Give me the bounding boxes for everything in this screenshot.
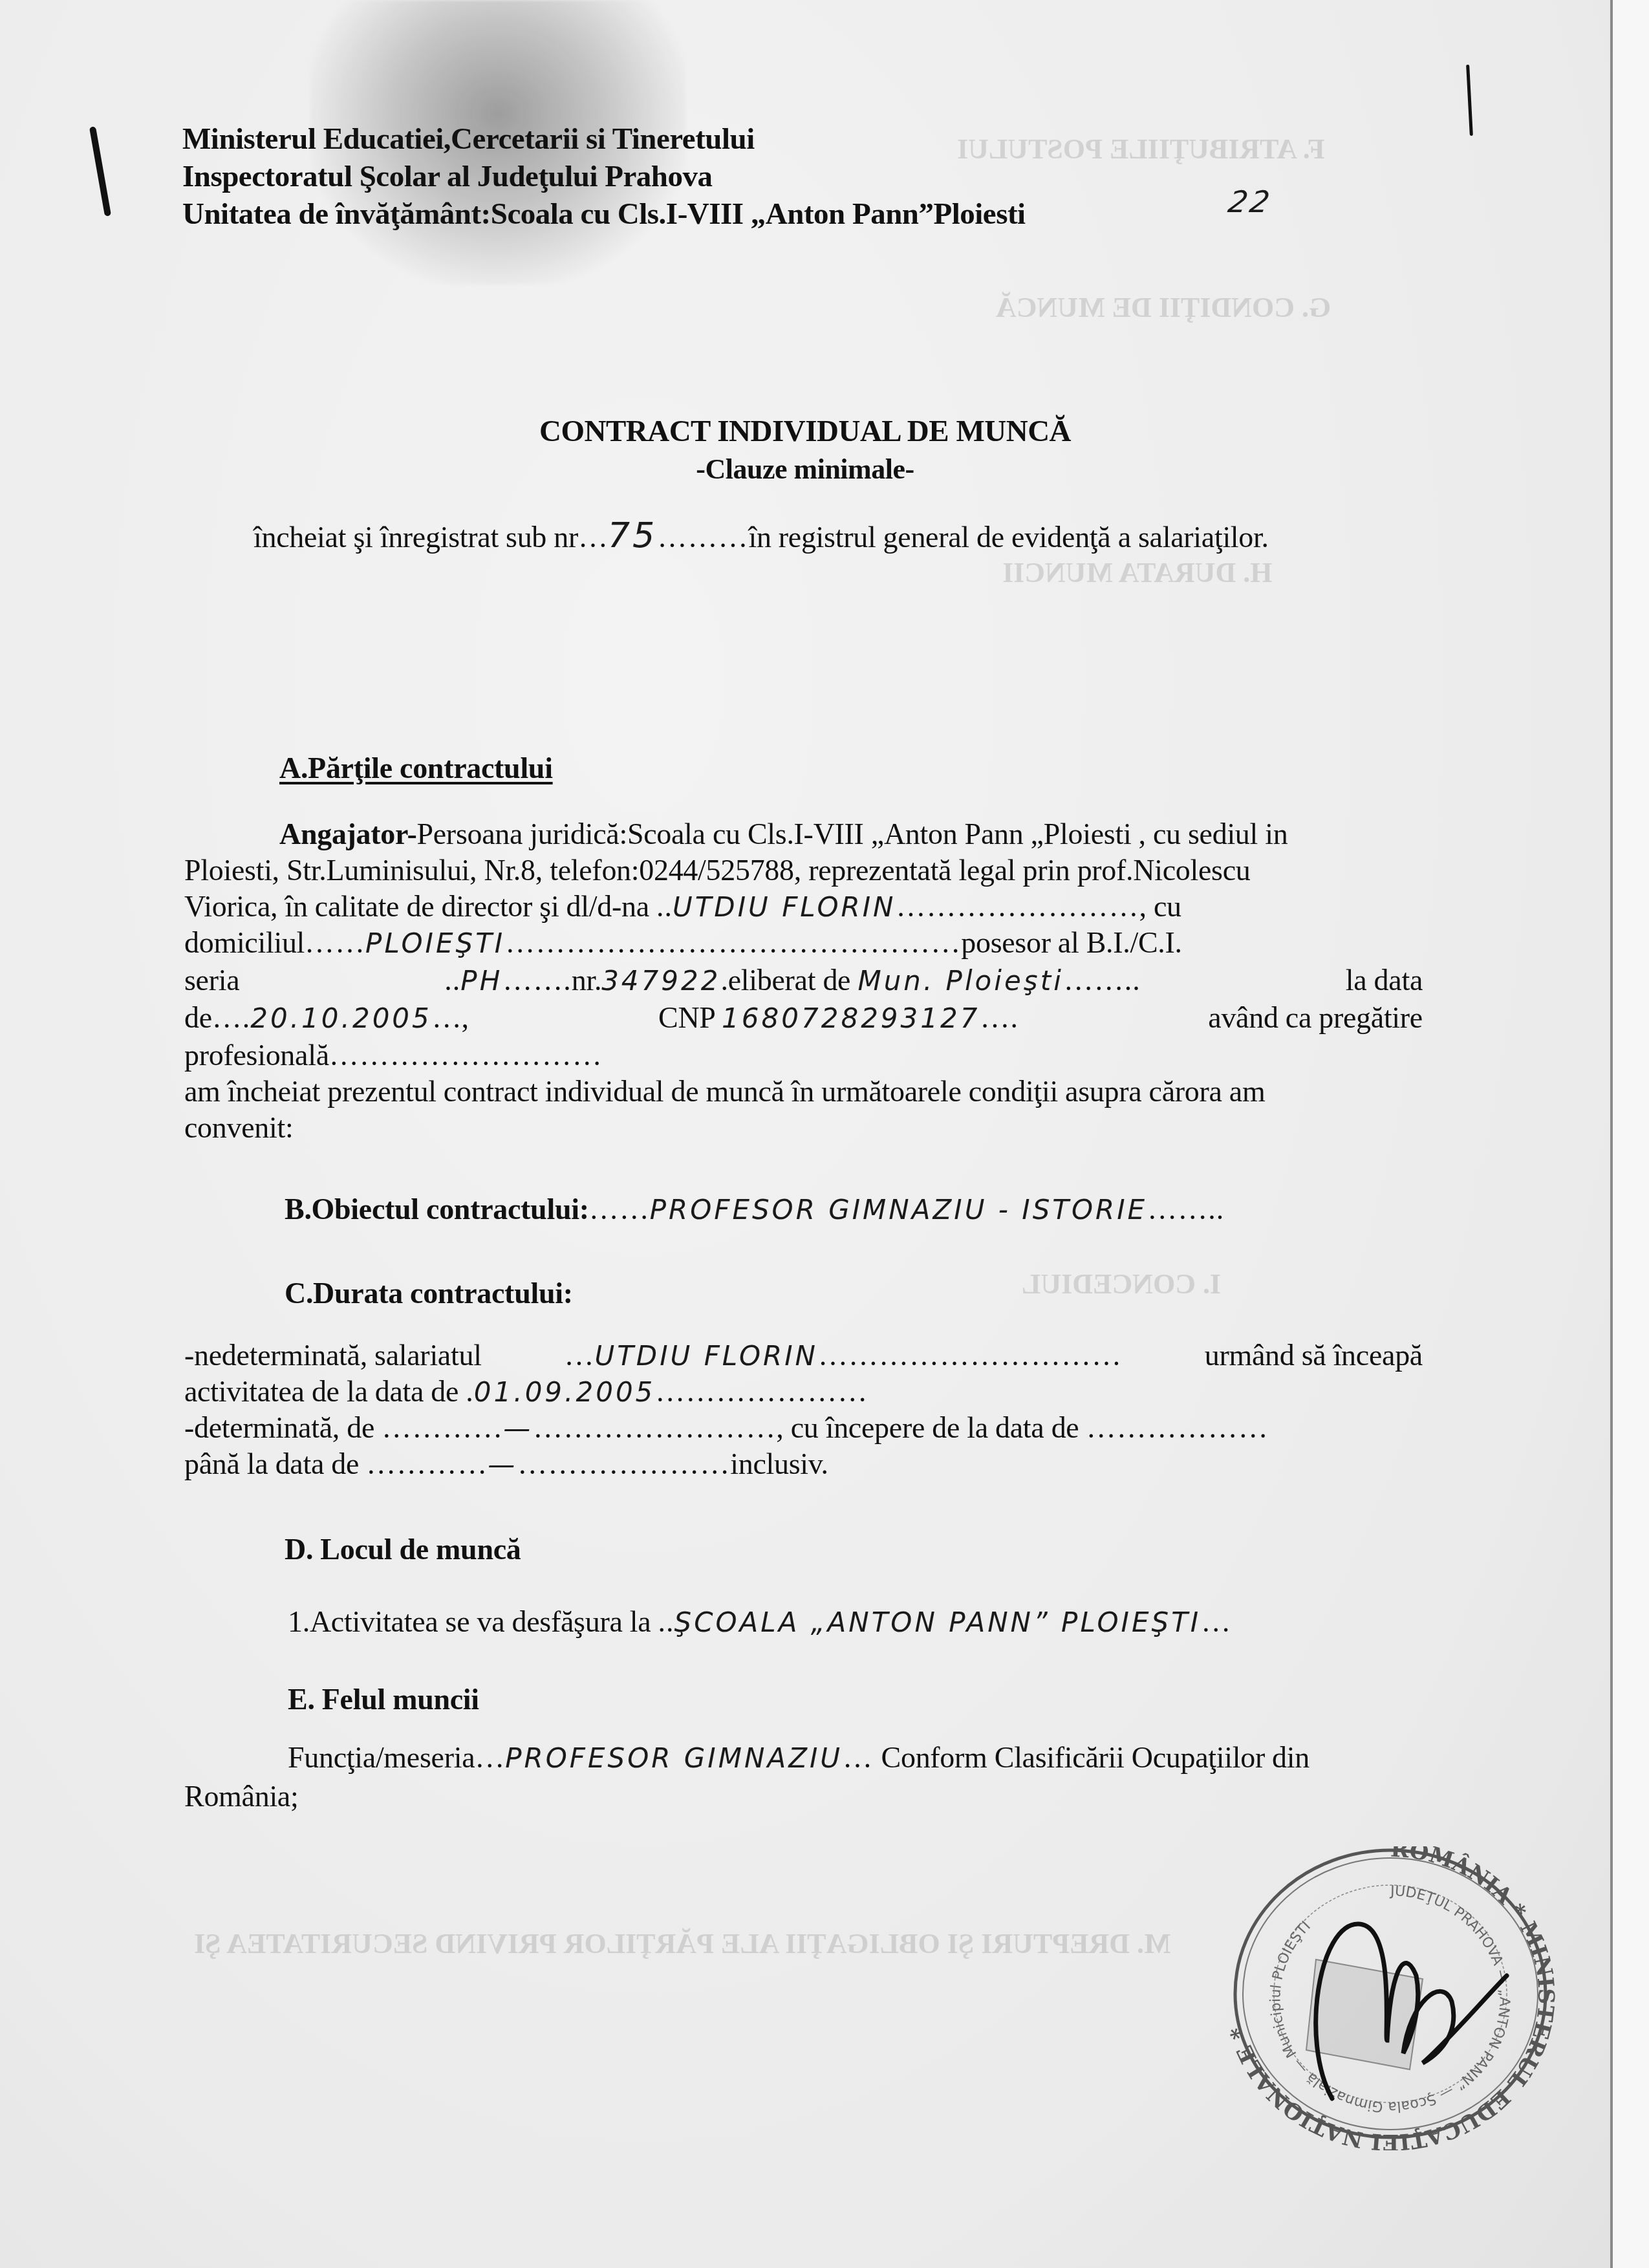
- employer-text: Persoana juridică:Scoala cu Cls.I-VIII „…: [416, 817, 1288, 850]
- representative-suffix: , cu: [1139, 890, 1181, 923]
- workplace-line: 1.Activitatea se va desfăşura la ..ŞCOAL…: [288, 1604, 1231, 1641]
- function-label: Funcţia/meseria: [288, 1741, 475, 1774]
- start-date-field[interactable]: 01.09.2005: [474, 1376, 655, 1408]
- employer-address: Ploiesti, Str.Luminisului, Nr.8, telefon…: [184, 852, 1251, 889]
- domicile-label: domiciliul: [184, 926, 305, 959]
- series-field[interactable]: PH: [460, 965, 502, 997]
- document-subtitle: -Clauze minimale-: [0, 453, 1610, 486]
- inclusive-label: inclusiv.: [730, 1447, 828, 1480]
- issue-date-line: de….20.10.2005…, CNP 1680728293127…. avâ…: [184, 1000, 1423, 1037]
- employer-label: Angajator-: [279, 817, 416, 850]
- indefinite-label: -nedeterminată, salariatul: [184, 1337, 482, 1374]
- bleed-through-heading: I. CONCEDIUL: [1022, 1268, 1221, 1301]
- issued-by-field[interactable]: Mun. Ploieşti: [857, 965, 1063, 997]
- id-holder-label: posesor al B.I./C.I.: [961, 926, 1182, 959]
- bleed-through-heading: F. ATRIBUŢIILE POSTULUI: [957, 133, 1325, 166]
- country-line: România;: [184, 1778, 298, 1815]
- id-number-field[interactable]: 347922: [601, 965, 720, 997]
- employer-line: Angajator-Persoana juridică:Scoala cu Cl…: [279, 816, 1288, 852]
- fixed-term-line: -determinată, de …………—……………………, cu încep…: [184, 1410, 1269, 1447]
- workplace-field[interactable]: ŞCOALA „ANTON PANN” PLOIEŞTI: [674, 1606, 1202, 1638]
- training-field[interactable]: ………………………: [329, 1039, 603, 1072]
- agreement-line-1: am încheiat prezentul contract individua…: [184, 1074, 1265, 1110]
- registration-suffix: în registrul general de evidenţă a salar…: [748, 521, 1268, 554]
- scan-edge: [1613, 0, 1649, 2268]
- employee-name-field-2[interactable]: UTDIU FLORIN: [594, 1340, 818, 1372]
- cnp-field[interactable]: 1680728293127: [722, 1002, 980, 1034]
- stamp-seal-icon: ROMÂNIA * MINISTERUL EDUCAŢIEI NAŢIONALE…: [1209, 1846, 1571, 2150]
- ministry-name: Ministerul Educatiei,Cercetarii si Tiner…: [182, 123, 755, 155]
- registration-line: încheiat şi înregistrat sub nr…75………în r…: [253, 517, 1269, 556]
- fixed-start-label: , cu începere de la data de: [776, 1411, 1079, 1444]
- section-e-heading: E. Felul muncii: [288, 1681, 479, 1718]
- contract-object-field[interactable]: PROFESOR GIMNAZIU - ISTORIE: [650, 1194, 1147, 1226]
- nr-label: nr.: [572, 964, 601, 997]
- employee-name-field[interactable]: UTDIU FLORIN: [673, 891, 896, 923]
- series-label: seria: [184, 962, 239, 999]
- classification-text: Conform Clasificării Ocupaţiilor din: [881, 1741, 1309, 1774]
- registration-prefix: încheiat şi înregistrat sub nr…: [253, 521, 608, 554]
- document-title: CONTRACT INDIVIDUAL DE MUNCĂ: [0, 414, 1610, 449]
- start-date-label: activitatea de la data de: [184, 1375, 458, 1408]
- section-b-heading: B.Obiectul contractului:: [285, 1193, 589, 1226]
- de-label: de: [184, 1001, 212, 1034]
- section-a-heading: A.Părţile contractului: [279, 750, 553, 786]
- agreement-line-2: convenit:: [184, 1110, 293, 1146]
- indefinite-line: -nedeterminată, salariatul …UTDIU FLORIN…: [184, 1337, 1423, 1374]
- function-line: Funcţia/meseria…PROFESOR GIMNAZIU… Confo…: [288, 1740, 1309, 1777]
- start-prefix: urmând să înceapă: [1205, 1337, 1423, 1374]
- fixed-start-field[interactable]: ………………: [1086, 1411, 1269, 1444]
- official-stamp: ROMÂNIA * MINISTERUL EDUCAŢIEI NAŢIONALE…: [1209, 1846, 1571, 2150]
- domicile-line: domiciliul……PLOIEŞTI………………………………………poses…: [184, 925, 1423, 962]
- function-field[interactable]: PROFESOR GIMNAZIU: [505, 1742, 843, 1774]
- bleed-through-heading: G. CONDIŢII DE MUNCĂ: [996, 291, 1331, 324]
- issue-date-field[interactable]: 20.10.2005: [250, 1002, 431, 1034]
- section-c-heading: C.Durata contractului:: [285, 1275, 573, 1312]
- representative-prefix: Viorica, în calitate de director şi dl/d…: [184, 890, 649, 923]
- bleed-through-heading: H. DURATA MUNCII: [1002, 556, 1273, 589]
- workplace-label: 1.Activitatea se va desfăşura la: [288, 1605, 651, 1638]
- registration-dots: ………: [657, 521, 748, 554]
- fixed-term-label: -determinată, de: [184, 1411, 374, 1444]
- date-label: la data: [1346, 962, 1423, 999]
- school-unit-name: Unitatea de învăţământ:Scoala cu Cls.I-V…: [182, 198, 1026, 230]
- until-date-field[interactable]: —: [488, 1449, 517, 1480]
- cnp-label: CNP: [658, 1001, 715, 1034]
- domicile-field[interactable]: PLOIEŞTI: [365, 927, 505, 959]
- bleed-through-heading: M. DREPTURI ŞI OBLIGAŢII ALE PĂRŢILOR PR…: [194, 1927, 1171, 1960]
- issued-by-label: eliberat de: [728, 964, 851, 997]
- inspectorate-name: Inspectoratul Şcolar al Judeţului Prahov…: [182, 160, 712, 193]
- start-date-line: activitatea de la data de .01.09.2005…………: [184, 1374, 868, 1410]
- until-label: până la data de: [184, 1447, 359, 1480]
- fixed-term-field[interactable]: —: [503, 1412, 533, 1444]
- training-label: profesională: [184, 1039, 329, 1072]
- section-b-line: B.Obiectul contractului:……PROFESOR GIMNA…: [285, 1191, 1224, 1228]
- id-series-line: seria ..PH…….nr.347922.eliberat de Mun. …: [184, 962, 1423, 999]
- section-d-heading: D. Locul de muncă: [285, 1531, 521, 1568]
- page-number-handwritten: 22: [1225, 184, 1275, 219]
- registration-number[interactable]: 75: [608, 515, 658, 556]
- representative-line: Viorica, în calitate de director şi dl/d…: [184, 889, 1181, 925]
- until-line: până la data de …………—…………………inclusiv.: [184, 1446, 828, 1483]
- training-line: profesională………………………: [184, 1037, 603, 1074]
- training-prefix: având ca pregătire: [1208, 1000, 1423, 1037]
